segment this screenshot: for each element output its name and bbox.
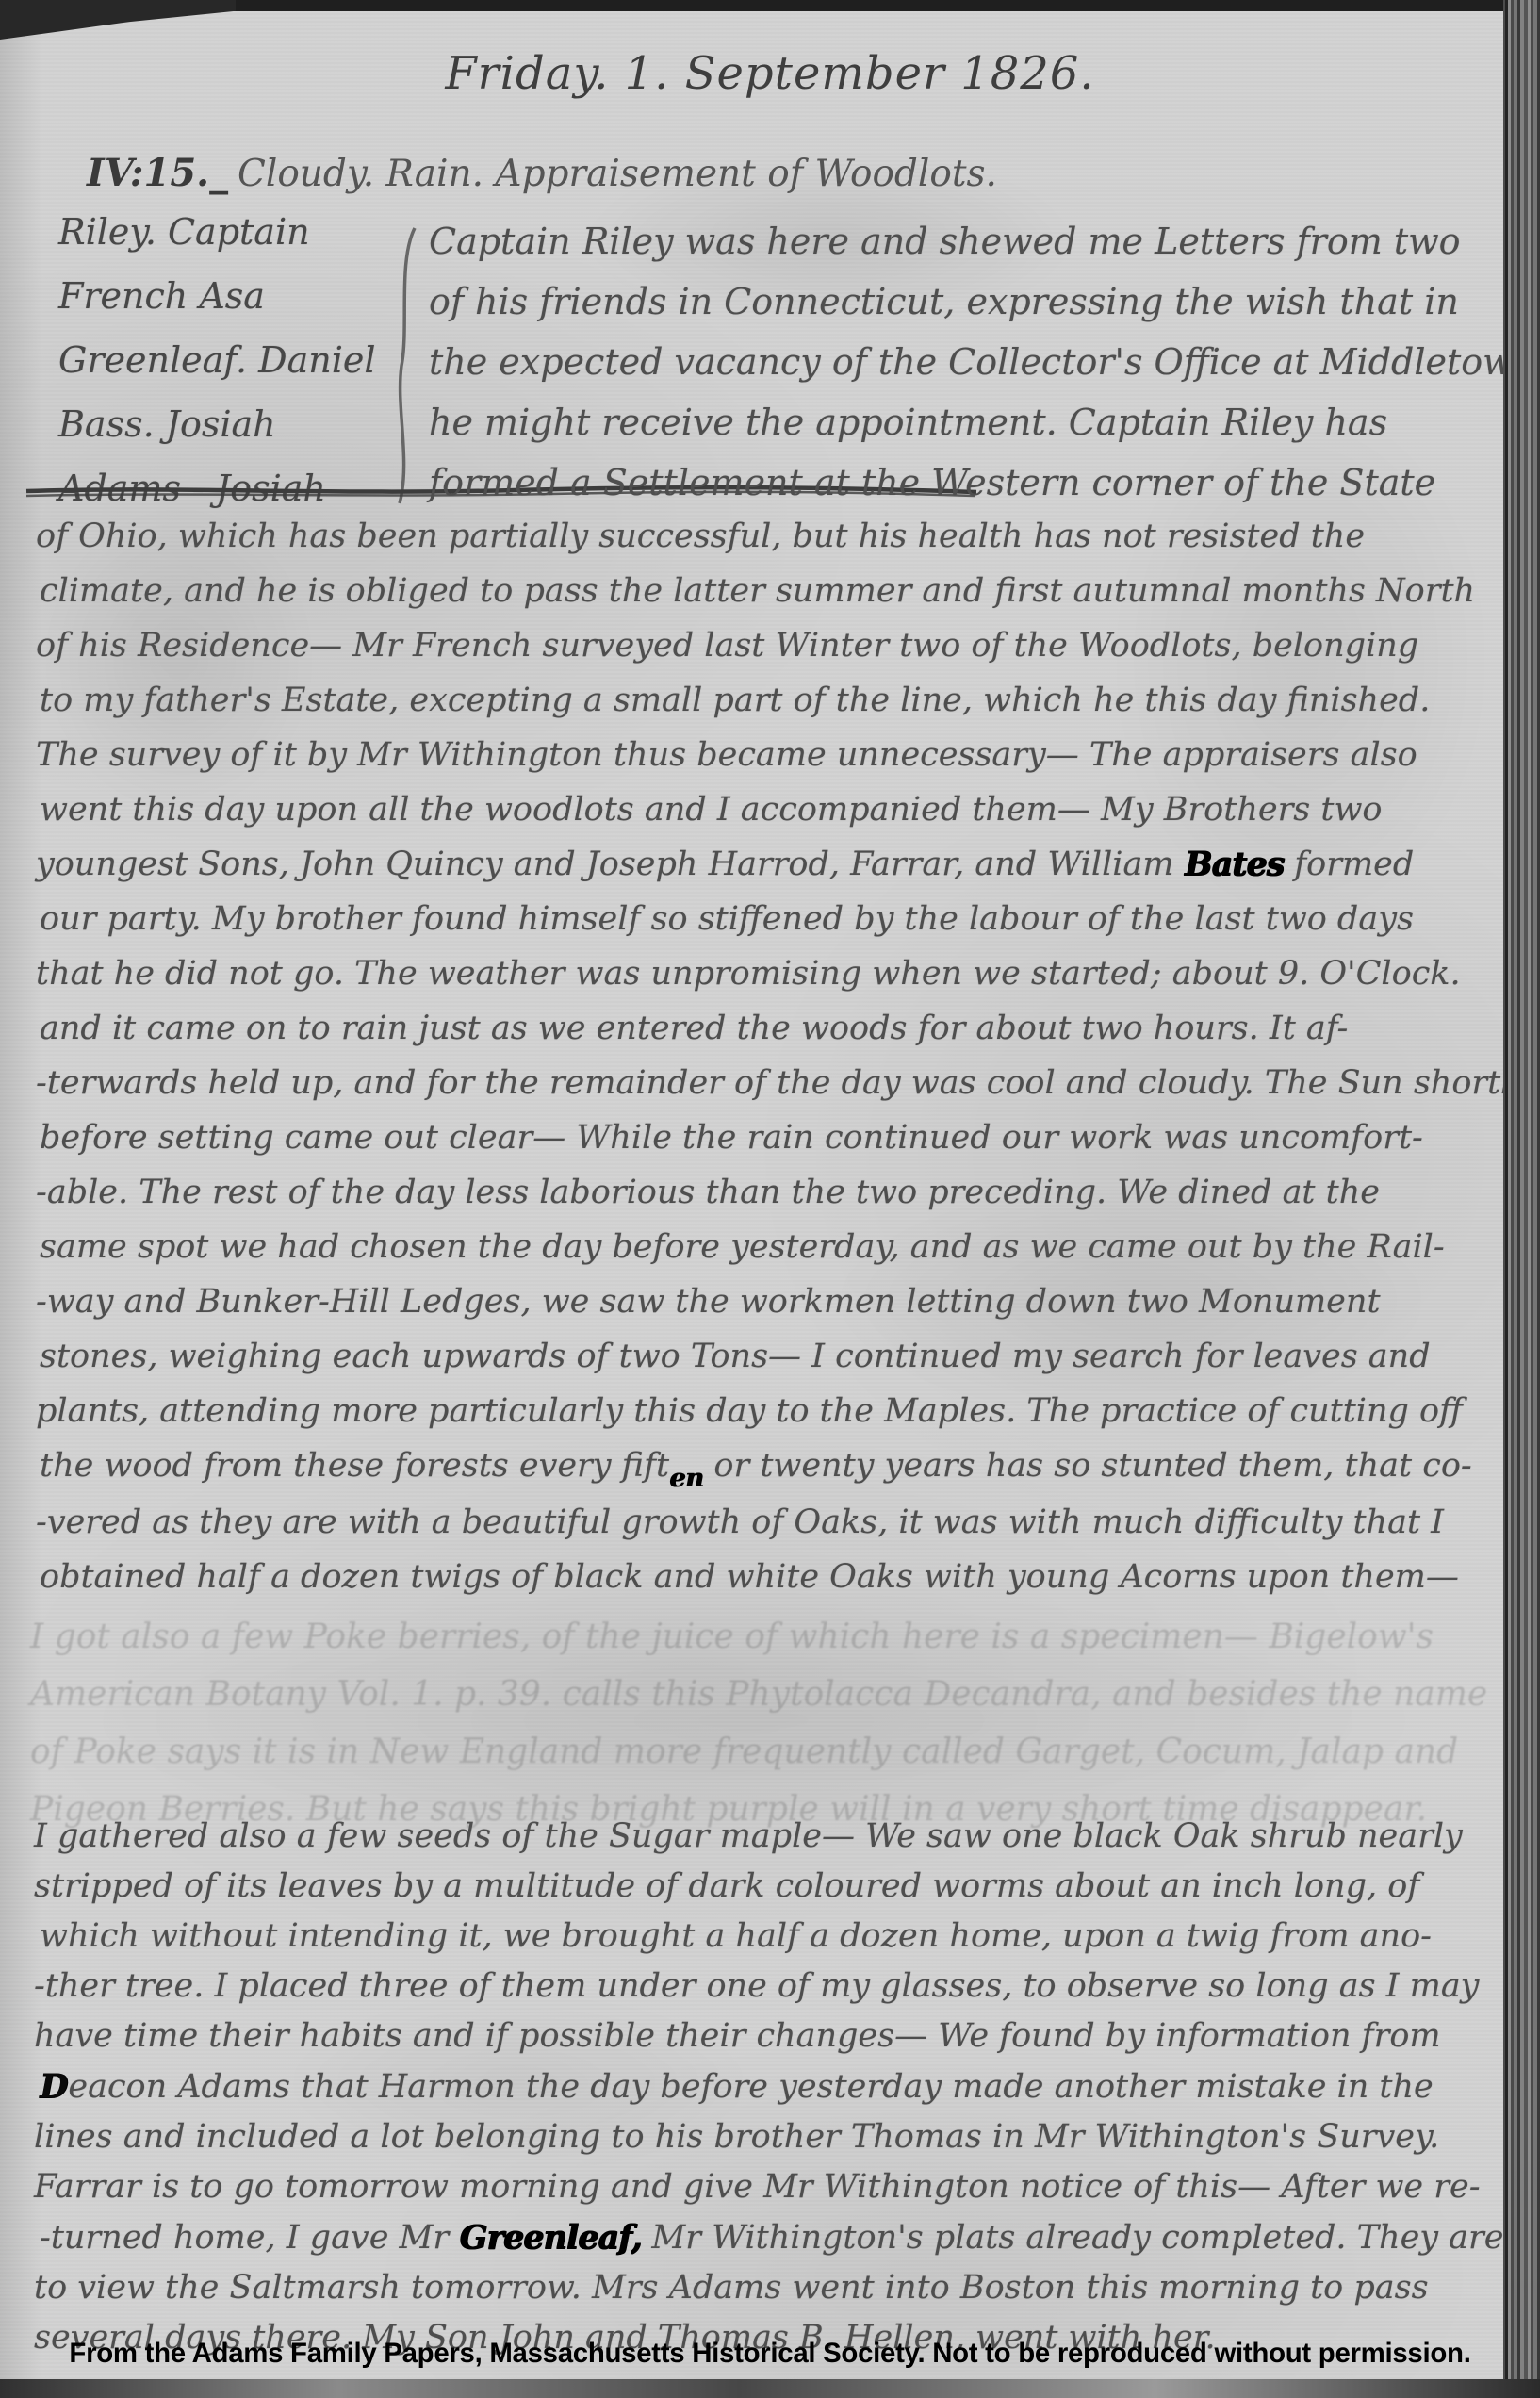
text-segment: eacon Adams that Harmon the day before y… (68, 2068, 1433, 2106)
text-segment: Mr Withington's plats already completed.… (641, 2219, 1503, 2257)
text-segment: the wood from these forests every fift (40, 1447, 669, 1485)
entry-subject-line: Cloudy. Rain. Appraisement of Woodlots. (238, 153, 997, 195)
manuscript-line: plants, attending more particularly this… (36, 1384, 1502, 1438)
manuscript-line: The survey of it by Mr Withington thus b… (36, 728, 1502, 782)
manuscript-line: Farrar is to go tomorrow morning and giv… (34, 2162, 1504, 2212)
manuscript-line: -vered as they are with a beautiful grow… (36, 1495, 1502, 1550)
manuscript-line: same spot we had chosen the day before y… (40, 1220, 1502, 1274)
manuscript-line: the expected vacancy of the Collector's … (429, 332, 1494, 392)
manuscript-line: the wood from these forests every fiften… (40, 1438, 1502, 1495)
text-segment: formed (1284, 846, 1414, 883)
manuscript-line: I gathered also a few seeds of the Sugar… (34, 1812, 1504, 1862)
main-paragraph-block: of Ohio, which has been partially succes… (36, 509, 1502, 1604)
manuscript-line: Captain Riley was here and shewed me Let… (429, 211, 1494, 271)
faded-manuscript-line: I got also a few Poke berries, of the ju… (30, 1608, 1487, 1666)
manuscript-line: -way and Bunker-Hill Ledges, we saw the … (36, 1274, 1502, 1329)
manuscript-line: which without intending it, we brought a… (40, 1912, 1504, 1962)
manuscript-line: stones, weighing each upwards of two Ton… (40, 1329, 1502, 1384)
page-top-corner-edge (0, 0, 236, 40)
margin-brace (392, 224, 424, 507)
manuscript-line: -ther tree. I placed three of them under… (34, 1962, 1504, 2012)
margin-name: Riley. Captain (58, 200, 376, 264)
overwritten-text: Bates (1185, 845, 1284, 883)
inserted-correction-text: en (669, 1463, 703, 1493)
entry-date-title: Friday. 1. September 1826. (0, 47, 1540, 100)
intro-paragraph-block: Captain Riley was here and shewed me Let… (429, 211, 1494, 513)
manuscript-page-scan: Friday. 1. September 1826. IV:15._ Cloud… (0, 0, 1540, 2398)
text-segment: or twenty years has so stunted them, tha… (703, 1447, 1471, 1485)
overwritten-text: D (40, 2067, 68, 2106)
manuscript-line: obtained half a dozen twigs of black and… (40, 1550, 1502, 1604)
page-right-edge (1503, 0, 1540, 2398)
text-segment: youngest Sons, John Quincy and Joseph Ha… (36, 846, 1185, 883)
manuscript-line: youngest Sons, John Quincy and Joseph Ha… (36, 837, 1502, 892)
manuscript-line: lines and included a lot belonging to hi… (34, 2112, 1504, 2162)
manuscript-line: Deacon Adams that Harmon the day before … (40, 2061, 1504, 2112)
manuscript-line: formed a Settlement at the Western corne… (429, 452, 1494, 513)
faded-manuscript-line: of Poke says it is in New England more f… (30, 1723, 1487, 1781)
manuscript-line: -able. The rest of the day less laboriou… (36, 1165, 1502, 1220)
margin-name-list: Riley. CaptainFrench AsaGreenleaf. Danie… (58, 200, 376, 520)
text-segment: -turned home, I gave Mr (40, 2219, 459, 2257)
margin-name: Bass. Josiah (58, 392, 376, 456)
archive-credit-line: From the Adams Family Papers, Massachuse… (15, 2338, 1524, 2370)
manuscript-line: have time their habits and if possible t… (34, 2012, 1504, 2061)
entry-volume-ref: IV:15._ (87, 151, 228, 195)
margin-name: French Asa (58, 264, 376, 328)
overwritten-text: Greenleaf, (459, 2218, 641, 2257)
manuscript-line: our party. My brother found himself so s… (40, 892, 1502, 946)
margin-name: Greenleaf. Daniel (58, 328, 376, 392)
page-bottom-edge (0, 2379, 1540, 2398)
faded-manuscript-line: American Botany Vol. 1. p. 39. calls thi… (30, 1666, 1487, 1723)
manuscript-line: of his Residence— Mr French surveyed las… (36, 618, 1502, 673)
manuscript-line: that he did not go. The weather was unpr… (36, 946, 1502, 1001)
faded-paragraph-block: I got also a few Poke berries, of the ju… (30, 1608, 1487, 1838)
manuscript-line: stripped of its leaves by a multitude of… (34, 1862, 1504, 1912)
manuscript-line: -turned home, I gave Mr Greenleaf, Mr Wi… (40, 2212, 1504, 2263)
manuscript-line: of Ohio, which has been partially succes… (36, 509, 1502, 564)
manuscript-line: to my father's Estate, excepting a small… (40, 673, 1502, 728)
manuscript-line: -terwards held up, and for the remainder… (36, 1056, 1502, 1110)
lower-paragraph-block: I gathered also a few seeds of the Sugar… (34, 1812, 1504, 2363)
manuscript-line: he might receive the appointment. Captai… (429, 392, 1494, 452)
manuscript-line: went this day upon all the woodlots and … (40, 782, 1502, 837)
manuscript-line: before setting came out clear— While the… (40, 1110, 1502, 1165)
manuscript-line: to view the Saltmarsh tomorrow. Mrs Adam… (34, 2263, 1504, 2313)
manuscript-line: climate, and he is obliged to pass the l… (40, 564, 1502, 618)
manuscript-line: of his friends in Connecticut, expressin… (429, 271, 1494, 332)
manuscript-line: and it came on to rain just as we entere… (40, 1001, 1502, 1056)
